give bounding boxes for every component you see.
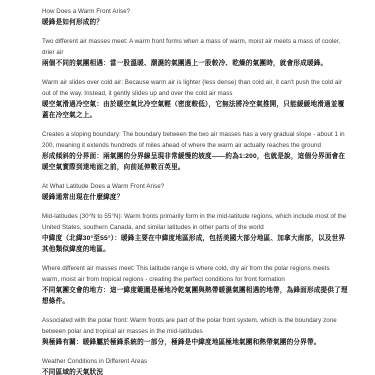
paragraph: Warm air slides over cold air: Because w… xyxy=(42,77,348,121)
paragraph-zh: 與極鋒有關：暖鋒屬於極鋒系統的一部分，極鋒是中緯度地區極地氣團和熱帶氣團的分界帶… xyxy=(42,337,348,348)
paragraph-en: Creates a sloping boundary: The boundary… xyxy=(42,129,348,151)
paragraph-zh: 不同氣團交會的地方：這一緯度範圍是極地冷乾氣團與熱帶暖濕氣團相遇的地帶，為鋒面形… xyxy=(42,285,348,307)
section-heading: How Does a Warm Front Arise? 暖鋒是如何形成的？ xyxy=(42,6,348,28)
heading-en: Weather Conditions in Different Areas xyxy=(42,356,348,367)
paragraph: Associated with the polar front: Warm fr… xyxy=(42,315,348,348)
paragraph-en: Associated with the polar front: Warm fr… xyxy=(42,315,348,337)
heading-en: At What Latitude Does a Warm Front Arise… xyxy=(42,181,348,192)
paragraph-zh: 兩個不同的氣團相遇：當一股溫暖、潮濕的氣團遇上一股較冷、乾燥的氣團時，就會形成暖… xyxy=(42,58,348,69)
paragraph-en: Warm air slides over cold air: Because w… xyxy=(42,77,348,99)
section-heading: At What Latitude Does a Warm Front Arise… xyxy=(42,181,348,203)
document-body: How Does a Warm Front Arise? 暖鋒是如何形成的？ T… xyxy=(0,0,375,375)
paragraph-en: Mid-latitudes (30°N to 55°N): Warm front… xyxy=(42,211,348,233)
heading-zh: 暖鋒是如何形成的？ xyxy=(42,17,348,28)
paragraph-zh: 形成傾斜的分界面：兩氣團的分界線呈現非常緩慢的坡度——約為1:200，也就是說，… xyxy=(42,151,348,173)
paragraph: Where different air masses meet: This la… xyxy=(42,263,348,307)
section-heading: Weather Conditions in Different Areas 不同… xyxy=(42,356,348,375)
paragraph: Two different air masses meet: A warm fr… xyxy=(42,36,348,69)
heading-en: How Does a Warm Front Arise? xyxy=(42,6,348,17)
paragraph-en: Where different air masses meet: This la… xyxy=(42,263,348,285)
paragraph-en: Two different air masses meet: A warm fr… xyxy=(42,36,348,58)
heading-zh: 不同區域的天氣狀況 xyxy=(42,367,348,375)
paragraph: Creates a sloping boundary: The boundary… xyxy=(42,129,348,173)
paragraph-zh: 暖空氣滑過冷空氣：由於暖空氣比冷空氣輕（密度較低），它無法將冷空氣推開，只能緩緩… xyxy=(42,99,348,121)
heading-zh: 暖鋒通常出現在什麼緯度？ xyxy=(42,192,348,203)
paragraph-zh: 中緯度（北緯30°至55°）：暖鋒主要在中緯度地區形成，包括美國大部分地區、加拿… xyxy=(42,233,348,255)
paragraph: Mid-latitudes (30°N to 55°N): Warm front… xyxy=(42,211,348,255)
